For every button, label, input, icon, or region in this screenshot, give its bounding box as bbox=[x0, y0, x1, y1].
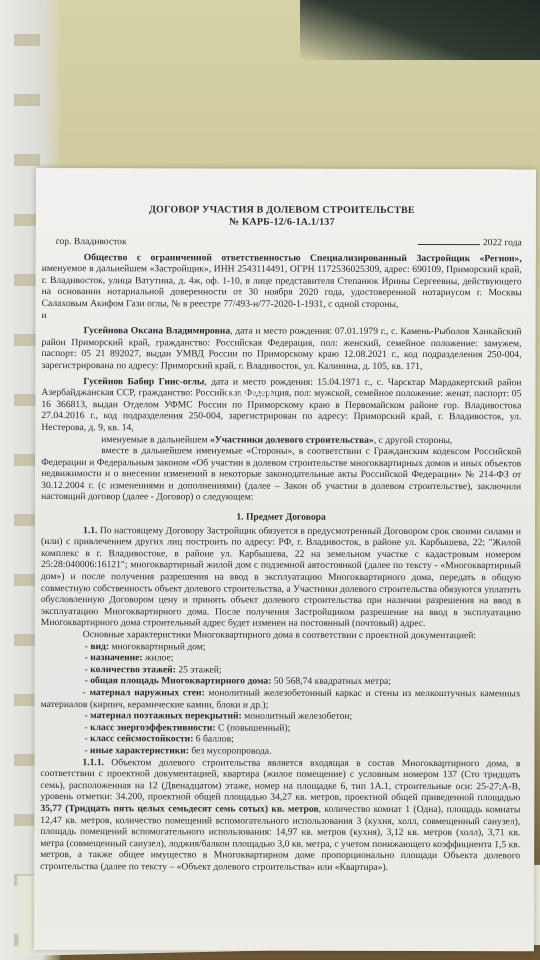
clause-1-1-1: 1.1.1. Объектом долевого строительства я… bbox=[40, 757, 520, 874]
clause-1-1-1-text-a: Объектом долевого строительства является… bbox=[40, 757, 520, 804]
clause-1-1-1-number: 1.1.1. bbox=[82, 757, 104, 768]
parties-together-paragraph: вместе в дальнейшем именуемые «Стороны»,… bbox=[41, 445, 521, 504]
participant-1-paragraph: Гусейнова Оксана Владимировна, дата и ме… bbox=[41, 325, 521, 373]
contract-number: № КАРБ-12/6-1А.1/137 bbox=[42, 216, 522, 229]
clause-1-1-text: По настоящему Договору Застройщик обязуе… bbox=[41, 525, 521, 630]
clause-1-1: 1.1. По настоящему Договору Застройщик о… bbox=[41, 525, 521, 631]
characteristic-label: - материал поэтажных перекрытий: bbox=[85, 710, 242, 721]
characteristic-label: - количество этажей: bbox=[85, 664, 176, 675]
developer-paragraph: Общество с ограниченной ответственностью… bbox=[42, 252, 522, 311]
place-date-row: гор. Владивосток 2022 года bbox=[42, 236, 522, 249]
characteristic-label: - класс сейсмостойкости: bbox=[84, 733, 193, 744]
section-1-heading: 1. Предмет Договора bbox=[41, 511, 521, 524]
contract-page: ДОГОВОР УЧАСТИЯ В ДОЛЕВОМ СТРОИТЕЛЬСТВЕ … bbox=[34, 168, 536, 951]
characteristic-value: многоквартирный дом; bbox=[109, 641, 205, 652]
characteristic-label: - вид: bbox=[85, 641, 109, 652]
date: 2022 года bbox=[418, 237, 522, 249]
watermark: плюс bbox=[225, 380, 277, 399]
apartment-area-bold: 35,77 (Тридцать пять целых семьдесят сем… bbox=[40, 803, 318, 815]
characteristic-label: - иные характеристики: bbox=[84, 745, 189, 756]
characteristic-value: монолитный железобетон; bbox=[242, 711, 352, 722]
characteristic-value: жилое; bbox=[143, 652, 174, 663]
characteristic-item: - материал наружных стен: монолитный жел… bbox=[41, 687, 521, 711]
contract-text: ДОГОВОР УЧАСТИЯ В ДОЛЕВОМ СТРОИТЕЛЬСТВЕ … bbox=[40, 204, 522, 874]
characteristics-list: - вид: многоквартирный дом; - назначение… bbox=[40, 641, 520, 758]
developer-details: именуемое в дальнейшем «Застройщик», ИНН… bbox=[42, 263, 522, 310]
characteristic-label: - класс энергоэффективности: bbox=[85, 722, 216, 733]
participant-1-name: Гусейнова Оксана Владимировна bbox=[84, 325, 231, 336]
city: гор. Владивосток bbox=[56, 236, 127, 248]
characteristic-value: 25 этажей; bbox=[176, 664, 222, 675]
naming-pre: именуемые в дальнейшем bbox=[101, 434, 210, 445]
date-blank bbox=[418, 244, 480, 245]
clause-1-1-number: 1.1. bbox=[83, 525, 97, 536]
characteristic-label: - материал наружных стен: bbox=[83, 687, 205, 698]
characteristic-value: без мусоропровода. bbox=[189, 745, 272, 756]
characteristic-value: 6 баллов; bbox=[193, 734, 233, 745]
naming-post: , с другой стороны, bbox=[374, 434, 453, 445]
naming-bold: «Участники долевого строительства» bbox=[210, 434, 374, 445]
characteristic-label: - общая площадь Многоквартирного дома: bbox=[85, 676, 272, 687]
developer-name: Общество с ограниченной ответственностью… bbox=[84, 252, 522, 264]
characteristic-label: - назначение: bbox=[85, 652, 143, 663]
characteristic-value: 50 568,74 квадратных метра; bbox=[271, 676, 391, 687]
participant-2-name: Гусейнов Бабир Гиис-оглы bbox=[83, 376, 204, 387]
dark-background bbox=[300, 0, 540, 60]
document-title: ДОГОВОР УЧАСТИЯ В ДОЛЕВОМ СТРОИТЕЛЬСТВЕ … bbox=[42, 204, 522, 229]
participant-2-paragraph: Гусейнов Бабир Гиис-оглы, дата и место р… bbox=[41, 376, 521, 435]
characteristic-value: С (повышенный); bbox=[216, 722, 291, 733]
date-year: 2022 года bbox=[483, 237, 522, 248]
